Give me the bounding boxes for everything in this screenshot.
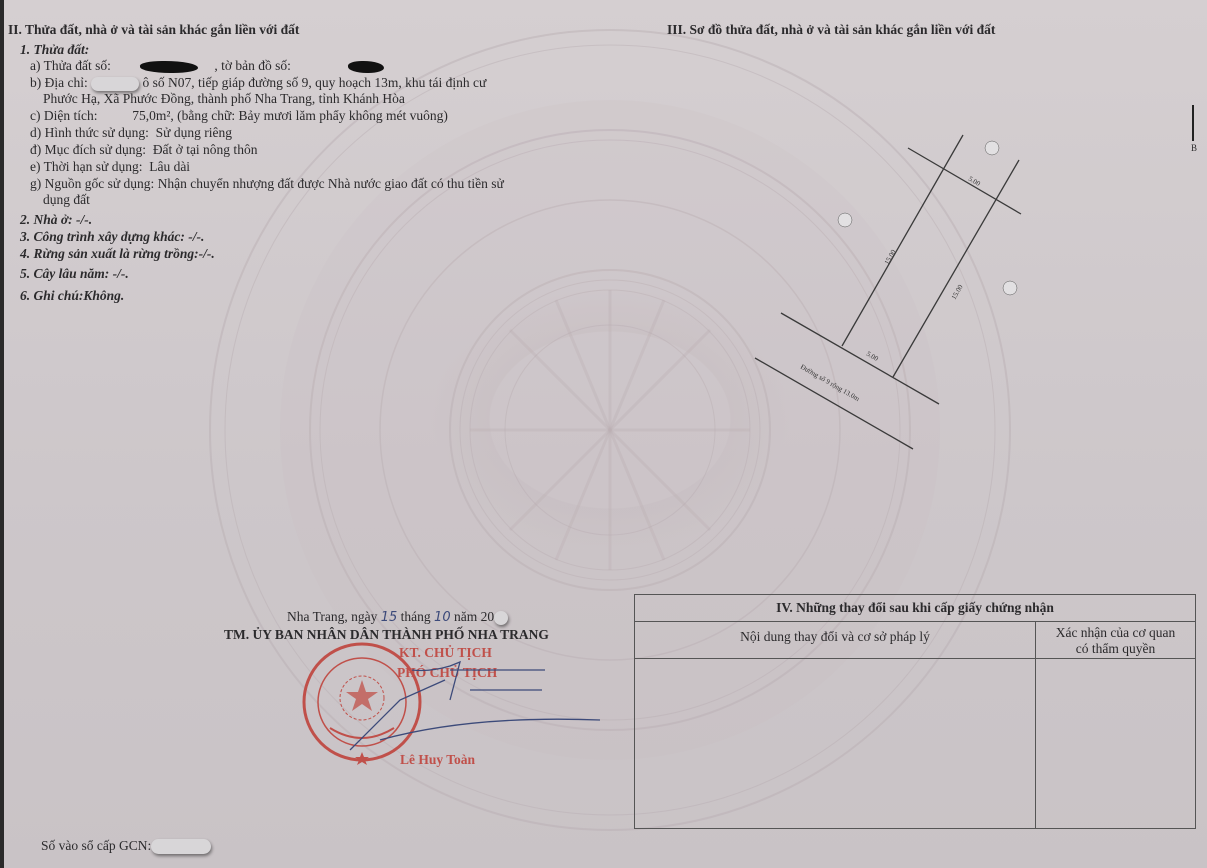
column-change-content: Nội dung thay đổi và cơ sở pháp lý — [635, 622, 1036, 658]
road-label: Đường số 9 rộng 13.0m — [799, 363, 861, 404]
changes-table-header: Nội dung thay đổi và cơ sở pháp lý Xác n… — [635, 622, 1195, 659]
redacted-registry-number — [151, 839, 211, 854]
signature-stroke — [350, 662, 600, 750]
col2-line2: có thẩm quyền — [1036, 641, 1195, 657]
diagram-left-edge-label: 15.00 — [883, 248, 898, 266]
diagram-right-edge-label: 15.00 — [950, 283, 965, 301]
certificate-page: II. Thửa đất, nhà ở và tài sản khác gắn … — [0, 0, 1207, 868]
issue-month: 10 — [434, 610, 451, 625]
changes-table: IV. Những thay đổi sau khi cấp giấy chứn… — [634, 594, 1196, 829]
issue-date: Nha Trang, ngày 15 tháng 10 năm 20 — [287, 609, 508, 626]
changes-table-title: IV. Những thay đổi sau khi cấp giấy chứn… — [635, 595, 1195, 622]
signer-name: Lê Huy Toàn — [400, 752, 475, 768]
date-prefix: Nha Trang, ngày — [287, 609, 377, 624]
north-label: B — [1191, 140, 1197, 156]
north-arrow-icon — [1190, 105, 1196, 165]
official-seal-and-signature — [290, 640, 610, 770]
redaction-dot — [1003, 281, 1017, 295]
year-label: năm 20 — [454, 609, 494, 624]
registry-number-row: Số vào sổ cấp GCN: — [41, 838, 211, 854]
redaction-dot — [838, 213, 852, 227]
issue-day: 15 — [381, 610, 398, 625]
red-seal-icon — [304, 644, 420, 765]
month-label: tháng — [401, 609, 431, 624]
column-authority-confirmation: Xác nhận của cơ quan có thẩm quyền — [1036, 622, 1195, 658]
authority-confirmation-cell — [1036, 659, 1195, 828]
registry-label: Số vào sổ cấp GCN: — [41, 838, 151, 853]
diagram-bottom-edge-label: 5.00 — [865, 350, 880, 363]
change-content-cell — [635, 659, 1036, 828]
changes-table-body — [635, 659, 1195, 828]
redaction-dot — [985, 141, 999, 155]
col2-line1: Xác nhận của cơ quan — [1036, 625, 1195, 641]
redacted-year — [494, 611, 508, 625]
